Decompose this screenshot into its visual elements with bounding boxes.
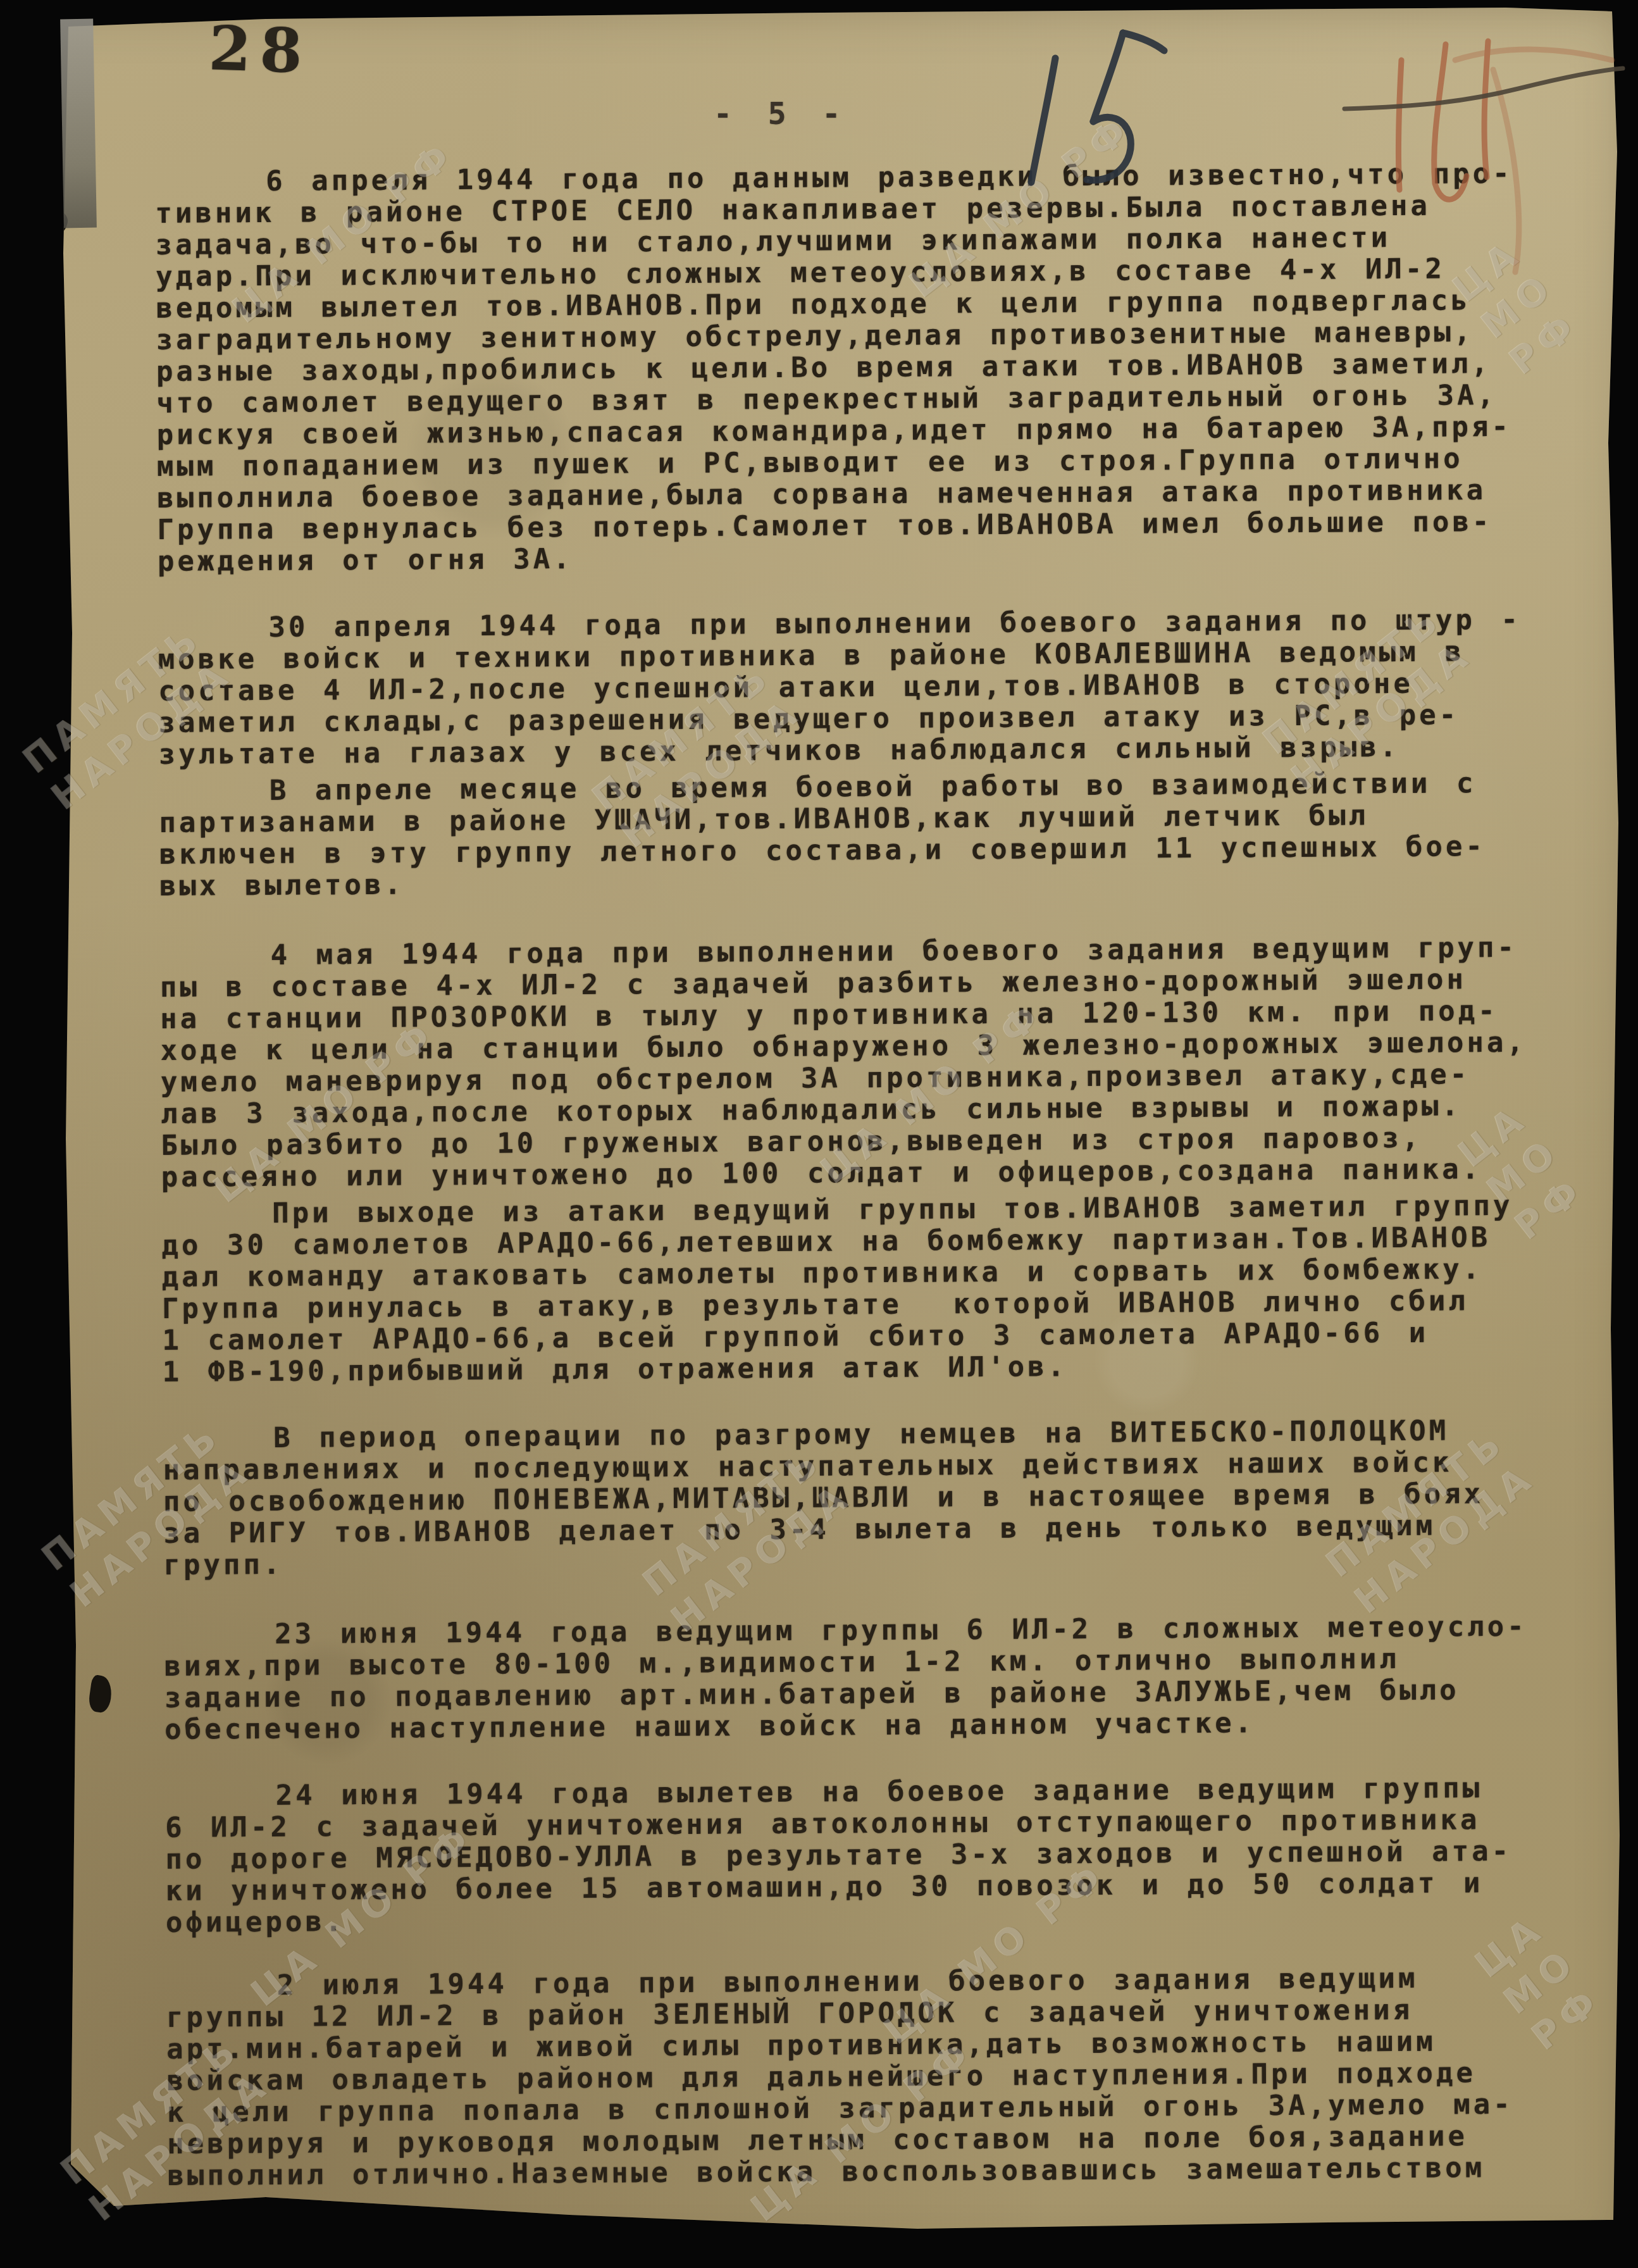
scan-edge-tape [60, 19, 97, 228]
paragraph: 23 июня 1944 года ведущим группы 6 ИЛ-2 … [164, 1610, 1620, 1745]
typed-text-block: 6 апреля 1944 года по данным разведки бы… [155, 157, 1623, 2191]
ink-blot [6, 1226, 44, 1267]
archive-scan: 28 - 5 - 6 апреля 1944 года по данным ра… [0, 0, 1638, 2268]
paragraph: В апреле месяце во время боевой работы в… [159, 766, 1615, 902]
page-number-stamp: 28 [208, 12, 312, 87]
ink-blot [87, 1674, 114, 1714]
ink-blot [19, 1426, 27, 1435]
paragraph: 24 июня 1944 года вылетев на боевое зада… [165, 1771, 1621, 1938]
ink-blot [22, 733, 32, 749]
paragraph: При выходе из атаки ведущий группы тов.И… [161, 1189, 1618, 1388]
paragraph: 6 апреля 1944 года по данным разведки бы… [155, 157, 1613, 577]
typed-sheet-number: - 5 - [714, 96, 850, 132]
paragraph: 4 мая 1944 года при выполнении боевого з… [159, 931, 1616, 1193]
paragraph: 30 апреля 1944 года при выполнении боево… [158, 603, 1613, 770]
paragraph: В период операции по разгрому немцев на … [163, 1414, 1618, 1581]
document-sheet: 28 - 5 - 6 апреля 1944 года по данным ра… [0, 0, 1638, 2268]
paragraph: 2 июля 1944 года при выполнении боевого … [166, 1961, 1622, 2191]
